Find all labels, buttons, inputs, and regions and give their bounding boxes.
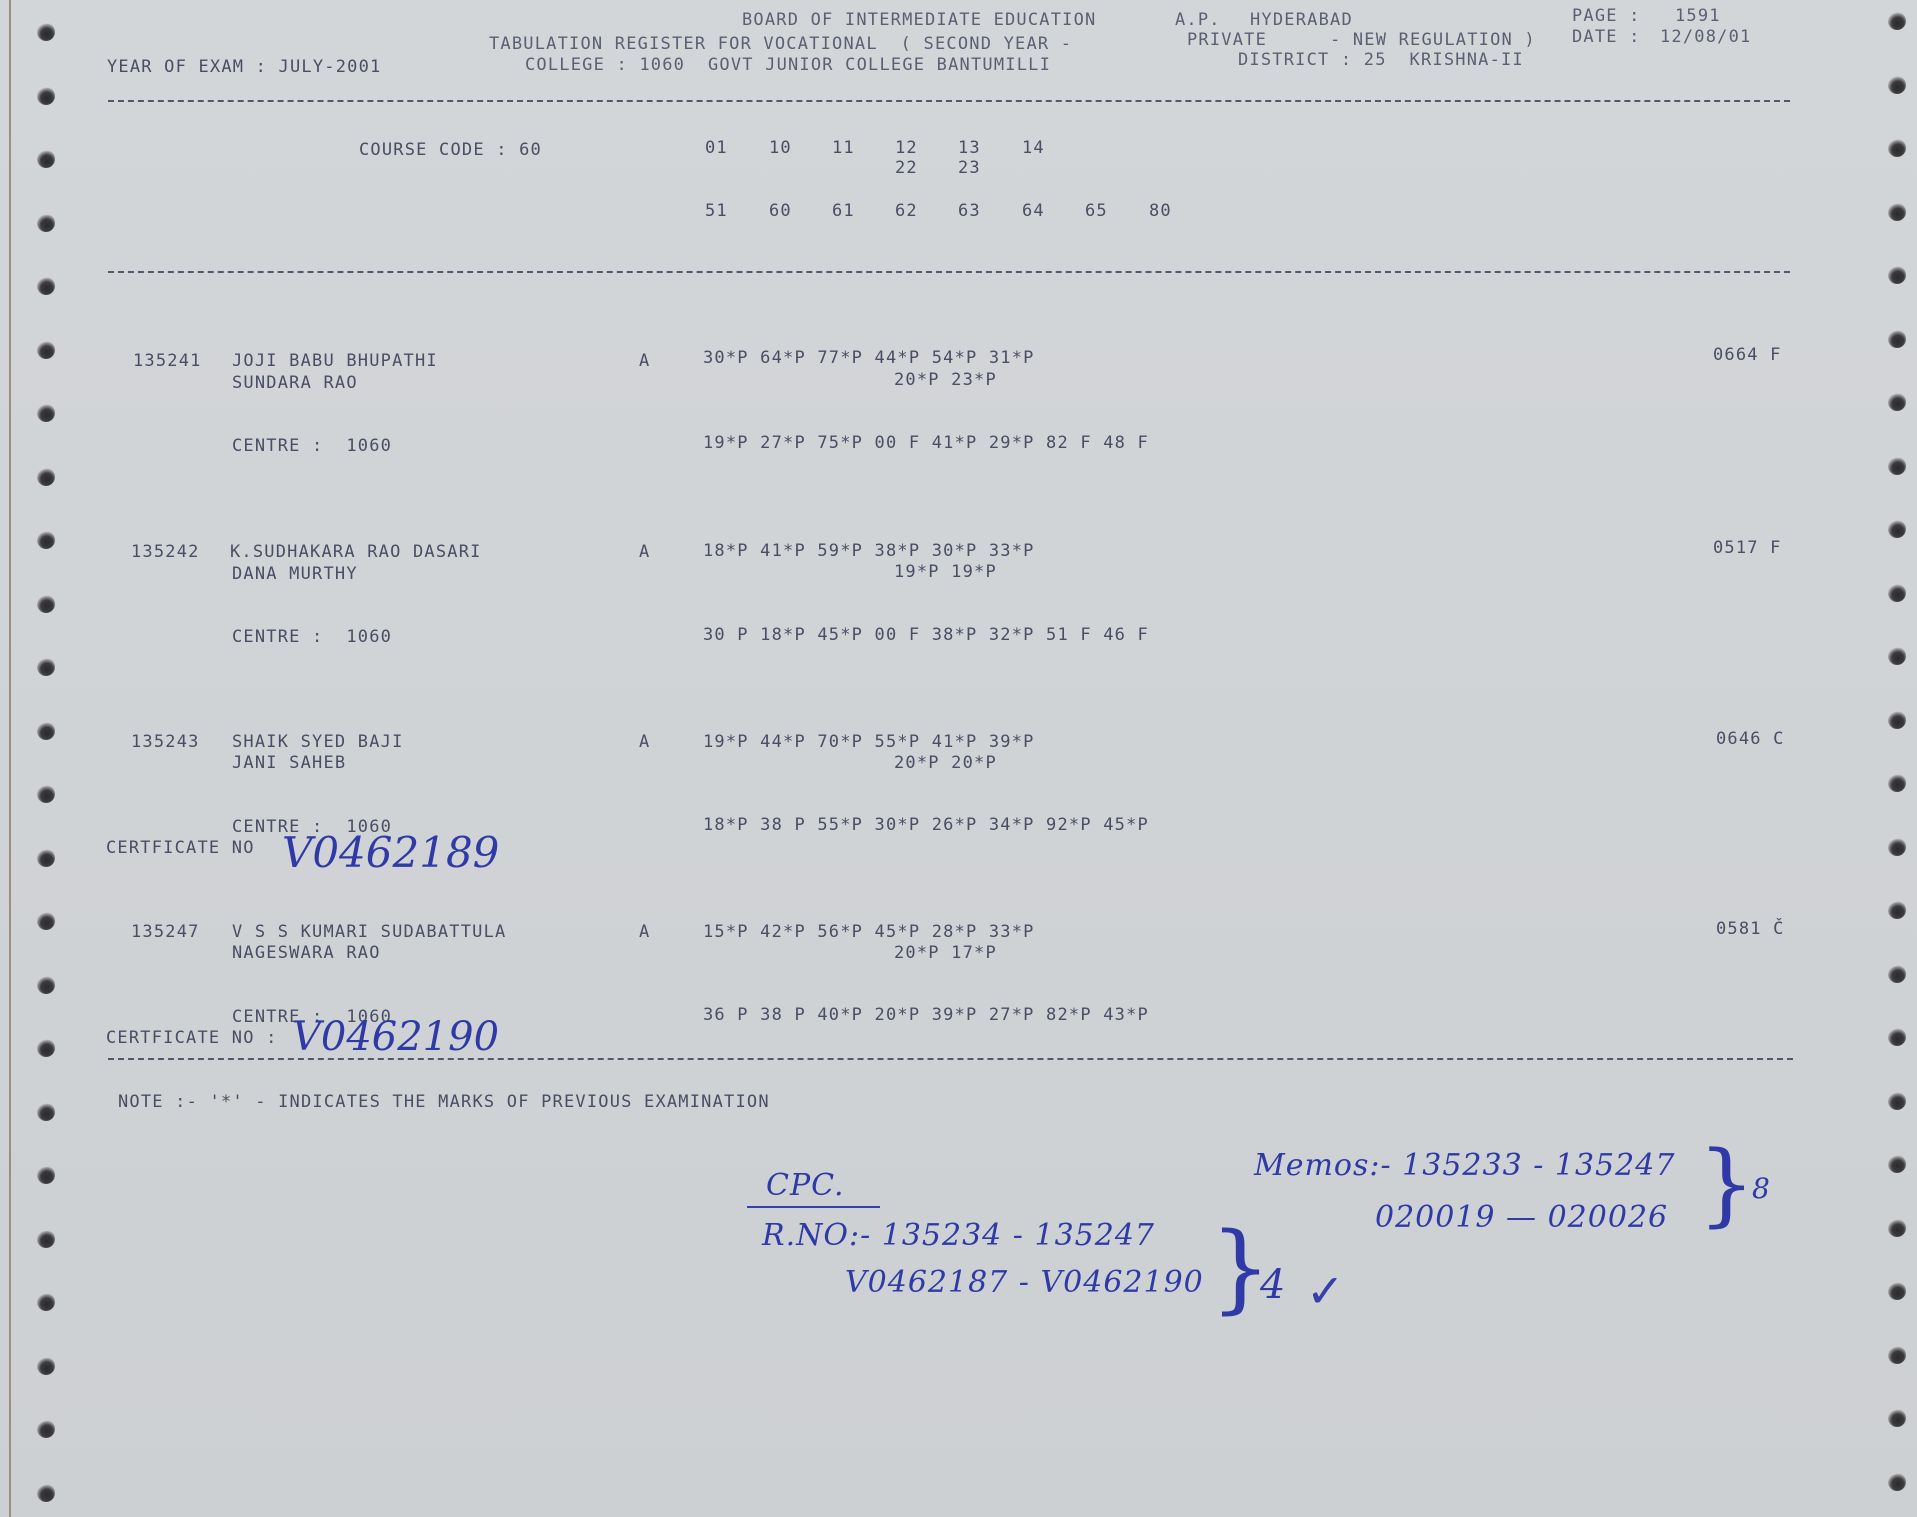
tractor-hole-icon bbox=[1888, 330, 1906, 348]
subject-code: 13 bbox=[958, 138, 981, 158]
tractor-hole-icon bbox=[1888, 203, 1906, 221]
subject-code: 60 bbox=[769, 201, 792, 221]
page-label: PAGE : bbox=[1572, 6, 1641, 26]
tractor-hole-icon bbox=[1888, 76, 1906, 94]
parent-name: JANI SAHEB bbox=[232, 753, 346, 773]
brace-icon: } bbox=[1698, 1140, 1755, 1230]
parent-name: SUNDARA RAO bbox=[232, 373, 358, 393]
exam-category: PRIVATE bbox=[1187, 30, 1267, 50]
records-end-divider bbox=[108, 1058, 1793, 1060]
district-info: DISTRICT : 25 KRISHNA-II bbox=[1238, 50, 1524, 70]
tractor-hole-icon bbox=[1888, 711, 1906, 729]
tractor-hole-icon bbox=[37, 1103, 55, 1121]
subject-code: 22 bbox=[895, 158, 918, 178]
tractor-hole-icon bbox=[1888, 12, 1906, 30]
subject-code: 01 bbox=[705, 138, 728, 158]
marks-line-2: 20*P 20*P bbox=[894, 753, 997, 773]
college-info: COLLEGE : 1060 GOVT JUNIOR COLLEGE BANTU… bbox=[525, 55, 1051, 75]
subject-code: 14 bbox=[1022, 138, 1045, 158]
student-record: 135242 K.SUDHAKARA RAO DASARI DANA MURTH… bbox=[0, 542, 1917, 672]
certificate-label: CERTFICATE NO bbox=[106, 838, 255, 858]
tractor-hole-icon bbox=[37, 1420, 55, 1438]
student-name: SHAIK SYED BAJI bbox=[232, 732, 404, 752]
roll-number: 135247 bbox=[131, 922, 200, 942]
marks-line-3: 18*P 38 P 55*P 30*P 26*P 34*P 92*P 45*P bbox=[703, 815, 1149, 835]
date-label: DATE : bbox=[1572, 27, 1641, 47]
regulation: - NEW REGULATION ) bbox=[1330, 30, 1536, 50]
marks-line-1: 18*P 41*P 59*P 38*P 30*P 33*P bbox=[703, 541, 1035, 561]
tabulation-register-page: BOARD OF INTERMEDIATE EDUCATION A.P. HYD… bbox=[0, 0, 1917, 1517]
centre: CENTRE : 1060 bbox=[232, 436, 392, 456]
date-value: 12/08/01 bbox=[1660, 27, 1751, 47]
roll-number: 135242 bbox=[131, 542, 200, 562]
result-status: A bbox=[639, 922, 650, 942]
roll-number-range: R.NO:- 135234 - 135247 bbox=[762, 1218, 1155, 1253]
student-record: 135243 SHAIK SYED BAJI JANI SAHEB A 19*P… bbox=[0, 732, 1917, 882]
total-result: 0646 C bbox=[1716, 729, 1785, 749]
certificate-number-handwritten: V0462189 bbox=[282, 828, 499, 877]
result-status: A bbox=[639, 542, 650, 562]
total-result: 0664 F bbox=[1713, 345, 1782, 365]
student-name: V S S KUMARI SUDABATTULA bbox=[232, 922, 506, 942]
marks-line-1: 30*P 64*P 77*P 44*P 54*P 31*P bbox=[703, 348, 1035, 368]
certificate-label: CERTFICATE NO : bbox=[106, 1028, 278, 1048]
tractor-hole-icon bbox=[1888, 520, 1906, 538]
roll-number: 135243 bbox=[131, 732, 200, 752]
city-name: HYDERABAD bbox=[1250, 10, 1353, 30]
header-divider bbox=[108, 100, 1790, 102]
tractor-hole-icon bbox=[1888, 901, 1906, 919]
student-name: K.SUDHAKARA RAO DASARI bbox=[230, 542, 482, 562]
board-name: BOARD OF INTERMEDIATE EDUCATION bbox=[742, 10, 1096, 30]
tractor-hole-icon bbox=[1888, 1473, 1906, 1491]
marks-line-1: 15*P 42*P 56*P 45*P 28*P 33*P bbox=[703, 922, 1035, 942]
certificate-number-range: V0462187 - V0462190 bbox=[845, 1265, 1204, 1300]
subject-code: 62 bbox=[895, 201, 918, 221]
footnote: NOTE :- '*' - INDICATES THE MARKS OF PRE… bbox=[118, 1092, 770, 1112]
tractor-hole-icon bbox=[37, 150, 55, 168]
tractor-hole-icon bbox=[1888, 1155, 1906, 1173]
parent-name: NAGESWARA RAO bbox=[232, 943, 381, 963]
centre: CENTRE : 1060 bbox=[232, 627, 392, 647]
marks-line-3: 30 P 18*P 45*P 00 F 38*P 32*P 51 F 46 F bbox=[703, 625, 1149, 645]
subject-code: 10 bbox=[769, 138, 792, 158]
year-of-exam: YEAR OF EXAM : JULY-2001 bbox=[107, 57, 381, 77]
subject-code: 61 bbox=[832, 201, 855, 221]
course-code-label: COURSE CODE : 60 bbox=[359, 140, 542, 160]
memos-range: Memos:- 135233 - 135247 bbox=[1254, 1148, 1675, 1183]
page-number: 1591 bbox=[1675, 6, 1721, 26]
memo-number-range: 020019 — 020026 bbox=[1375, 1200, 1668, 1235]
student-name: JOJI BABU BHUPATHI bbox=[232, 351, 438, 371]
tractor-hole-icon bbox=[37, 214, 55, 232]
tractor-hole-icon bbox=[1888, 266, 1906, 284]
tractor-hole-icon bbox=[1888, 1346, 1906, 1364]
tractor-hole-icon bbox=[1888, 1219, 1906, 1237]
tractor-hole-icon bbox=[1888, 1282, 1906, 1300]
marks-line-3: 19*P 27*P 75*P 00 F 41*P 29*P 82 F 48 F bbox=[703, 433, 1149, 453]
subject-code: 64 bbox=[1022, 201, 1045, 221]
tractor-hole-icon bbox=[37, 1357, 55, 1375]
subject-code: 23 bbox=[958, 158, 981, 178]
tractor-hole-icon bbox=[37, 1166, 55, 1184]
marks-line-1: 19*P 44*P 70*P 55*P 41*P 39*P bbox=[703, 732, 1035, 752]
tractor-hole-icon bbox=[37, 277, 55, 295]
tractor-hole-icon bbox=[37, 87, 55, 105]
student-record: 135247 V S S KUMARI SUDABATTULA NAGESWAR… bbox=[0, 922, 1917, 1072]
tractor-hole-icon bbox=[1888, 1092, 1906, 1110]
tractor-hole-icon bbox=[37, 23, 55, 41]
result-status: A bbox=[639, 732, 650, 752]
marks-line-3: 36 P 38 P 40*P 20*P 39*P 27*P 82*P 43*P bbox=[703, 1005, 1149, 1025]
tractor-hole-icon bbox=[1888, 1409, 1906, 1427]
tractor-hole-icon bbox=[37, 1484, 55, 1502]
subject-code: 51 bbox=[705, 201, 728, 221]
checkmark-icon: ✓ bbox=[1306, 1264, 1345, 1318]
tractor-hole-icon bbox=[1888, 139, 1906, 157]
tractor-hole-icon bbox=[37, 1230, 55, 1248]
subject-code: 63 bbox=[958, 201, 981, 221]
state-abbr: A.P. bbox=[1175, 10, 1221, 30]
parent-name: DANA MURTHY bbox=[232, 564, 358, 584]
total-result: 0581 Č bbox=[1716, 919, 1785, 939]
cpc-underline bbox=[747, 1206, 880, 1208]
memo-count: 8 bbox=[1752, 1172, 1771, 1205]
cpc-heading: CPC. bbox=[766, 1168, 845, 1203]
total-result: 0517 F bbox=[1713, 538, 1782, 558]
register-title: TABULATION REGISTER FOR VOCATIONAL ( SEC… bbox=[489, 34, 1072, 54]
subject-code: 11 bbox=[832, 138, 855, 158]
student-record: 135241 JOJI BABU BHUPATHI SUNDARA RAO A … bbox=[0, 351, 1917, 481]
marks-line-2: 20*P 23*P bbox=[894, 370, 997, 390]
certificate-number-handwritten: V0462190 bbox=[292, 1014, 499, 1060]
result-status: A bbox=[639, 351, 650, 371]
subject-code: 80 bbox=[1149, 201, 1172, 221]
roll-number: 135241 bbox=[133, 351, 202, 371]
subject-code: 65 bbox=[1085, 201, 1108, 221]
marks-line-2: 20*P 17*P bbox=[894, 943, 997, 963]
subject-code: 12 bbox=[895, 138, 918, 158]
tractor-hole-icon bbox=[37, 1293, 55, 1311]
course-divider bbox=[108, 271, 1790, 273]
certificate-count: 4 bbox=[1260, 1262, 1286, 1308]
marks-line-2: 19*P 19*P bbox=[894, 562, 997, 582]
